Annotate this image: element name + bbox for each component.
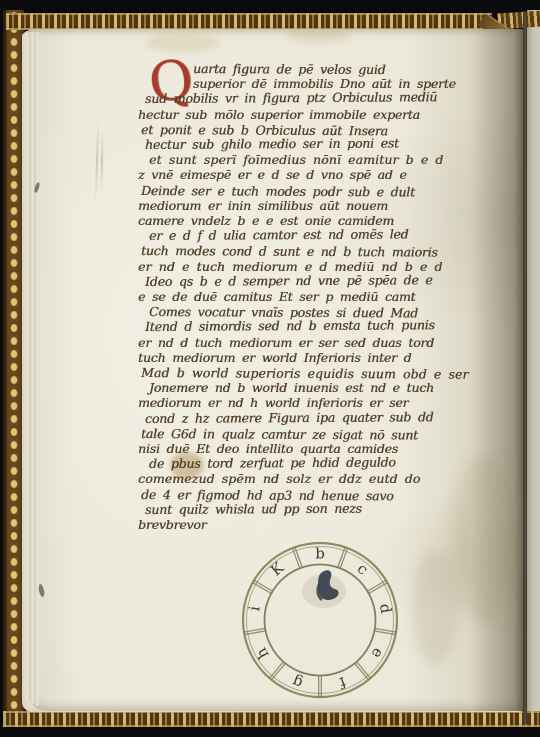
wheel-outer-rim [243, 543, 397, 697]
manuscript-photo: Q uarta figura de pē velos guidsuperior … [0, 0, 540, 737]
text-line: uarta figura de pē velos guid [193, 61, 494, 78]
text-line: z vnē eimespē er e d se d vno spē ad e [138, 167, 494, 182]
text-line: mediorum er inin similibus aūt nouem [138, 198, 494, 213]
text-line: Mad b world superioris equidis suum obd … [141, 365, 494, 382]
text-lines: uarta figura de pē velos guidsuperior dē… [138, 61, 494, 535]
text-line: tale G6d in qualz camtur ze sigat nō sun… [141, 426, 494, 443]
text-line: er nd d tuch mediorum er ser sed duas to… [138, 335, 494, 350]
wheel-segment-divider [367, 580, 386, 591]
stacked-page-edges [27, 32, 39, 706]
wheel-segment-divider [272, 663, 286, 679]
text-line: er e d f d ulia camtor est nd omēs led [149, 226, 494, 243]
wheel-letter: f [336, 673, 349, 692]
text-line: hectur sub mōlo superior immobile expert… [138, 107, 494, 122]
text-line: Deinde ser e tuch modes podr sub e dult [141, 183, 494, 200]
show-through-ghost [412, 552, 458, 664]
wheel-letter: e [368, 645, 388, 662]
text-line: cond z hz camere Figura ipa quater sub d… [145, 409, 494, 426]
wheel-segment-divider [253, 583, 272, 594]
wheel-letter: h [252, 644, 273, 662]
text-line: Itend d simordis sed nd b emsta tuch pun… [145, 317, 494, 334]
wheel-letter: i [245, 604, 264, 612]
text-line: tuch mediorum er world Inferioris inter … [138, 350, 494, 365]
wheel-letter: g [289, 672, 305, 692]
wheel-segment-divider [355, 663, 369, 679]
wheel-segment-divider [357, 662, 371, 678]
letter-wheel-diagram: bcdefghiK [229, 529, 411, 711]
binding-top-gilt-border [6, 13, 492, 30]
binding-bottom-gilt-border [3, 711, 540, 727]
text-line: Ideo qs b e d semper nd vne pē spēa de e [145, 272, 494, 289]
text-line: Jonemere nd b world inuenis est nd e tuc… [149, 380, 494, 395]
binding-left-gilt-border [3, 10, 24, 726]
wheel-segment-divider [254, 580, 273, 591]
text-line: et sunt sperī foīmedius nōnī eamitur b e… [149, 152, 494, 167]
gutter-line [523, 12, 527, 724]
facing-page-edge [527, 10, 540, 724]
wheel-letters: bcdefghiK [245, 545, 395, 693]
text-line: comemezud spēm nd solz er ddz eutd do [138, 471, 494, 486]
text-line: de pbus tord zerfuat pe hdid deguldo [149, 454, 494, 471]
wheel-segment-divider [369, 583, 388, 594]
parchment-stain [286, 30, 350, 43]
wheel-letter: b [315, 545, 325, 563]
text-line: sunt quilz whisla ud pp son nezs [145, 500, 494, 517]
wheel-segment-divider [270, 662, 284, 678]
wheel-letter: d [376, 602, 395, 615]
text-line: tuch modes cond d sunt e nd b tuch maior… [141, 243, 494, 260]
text-line: hectur sub ghilo medio ser in poni est [145, 135, 494, 152]
text-line: sud mobilis vr in figura ptz Orbiculus m… [145, 89, 494, 106]
wheel-letter: c [354, 559, 372, 578]
text-line: e se de duē camitus Et ser p mediū camt [138, 289, 494, 304]
